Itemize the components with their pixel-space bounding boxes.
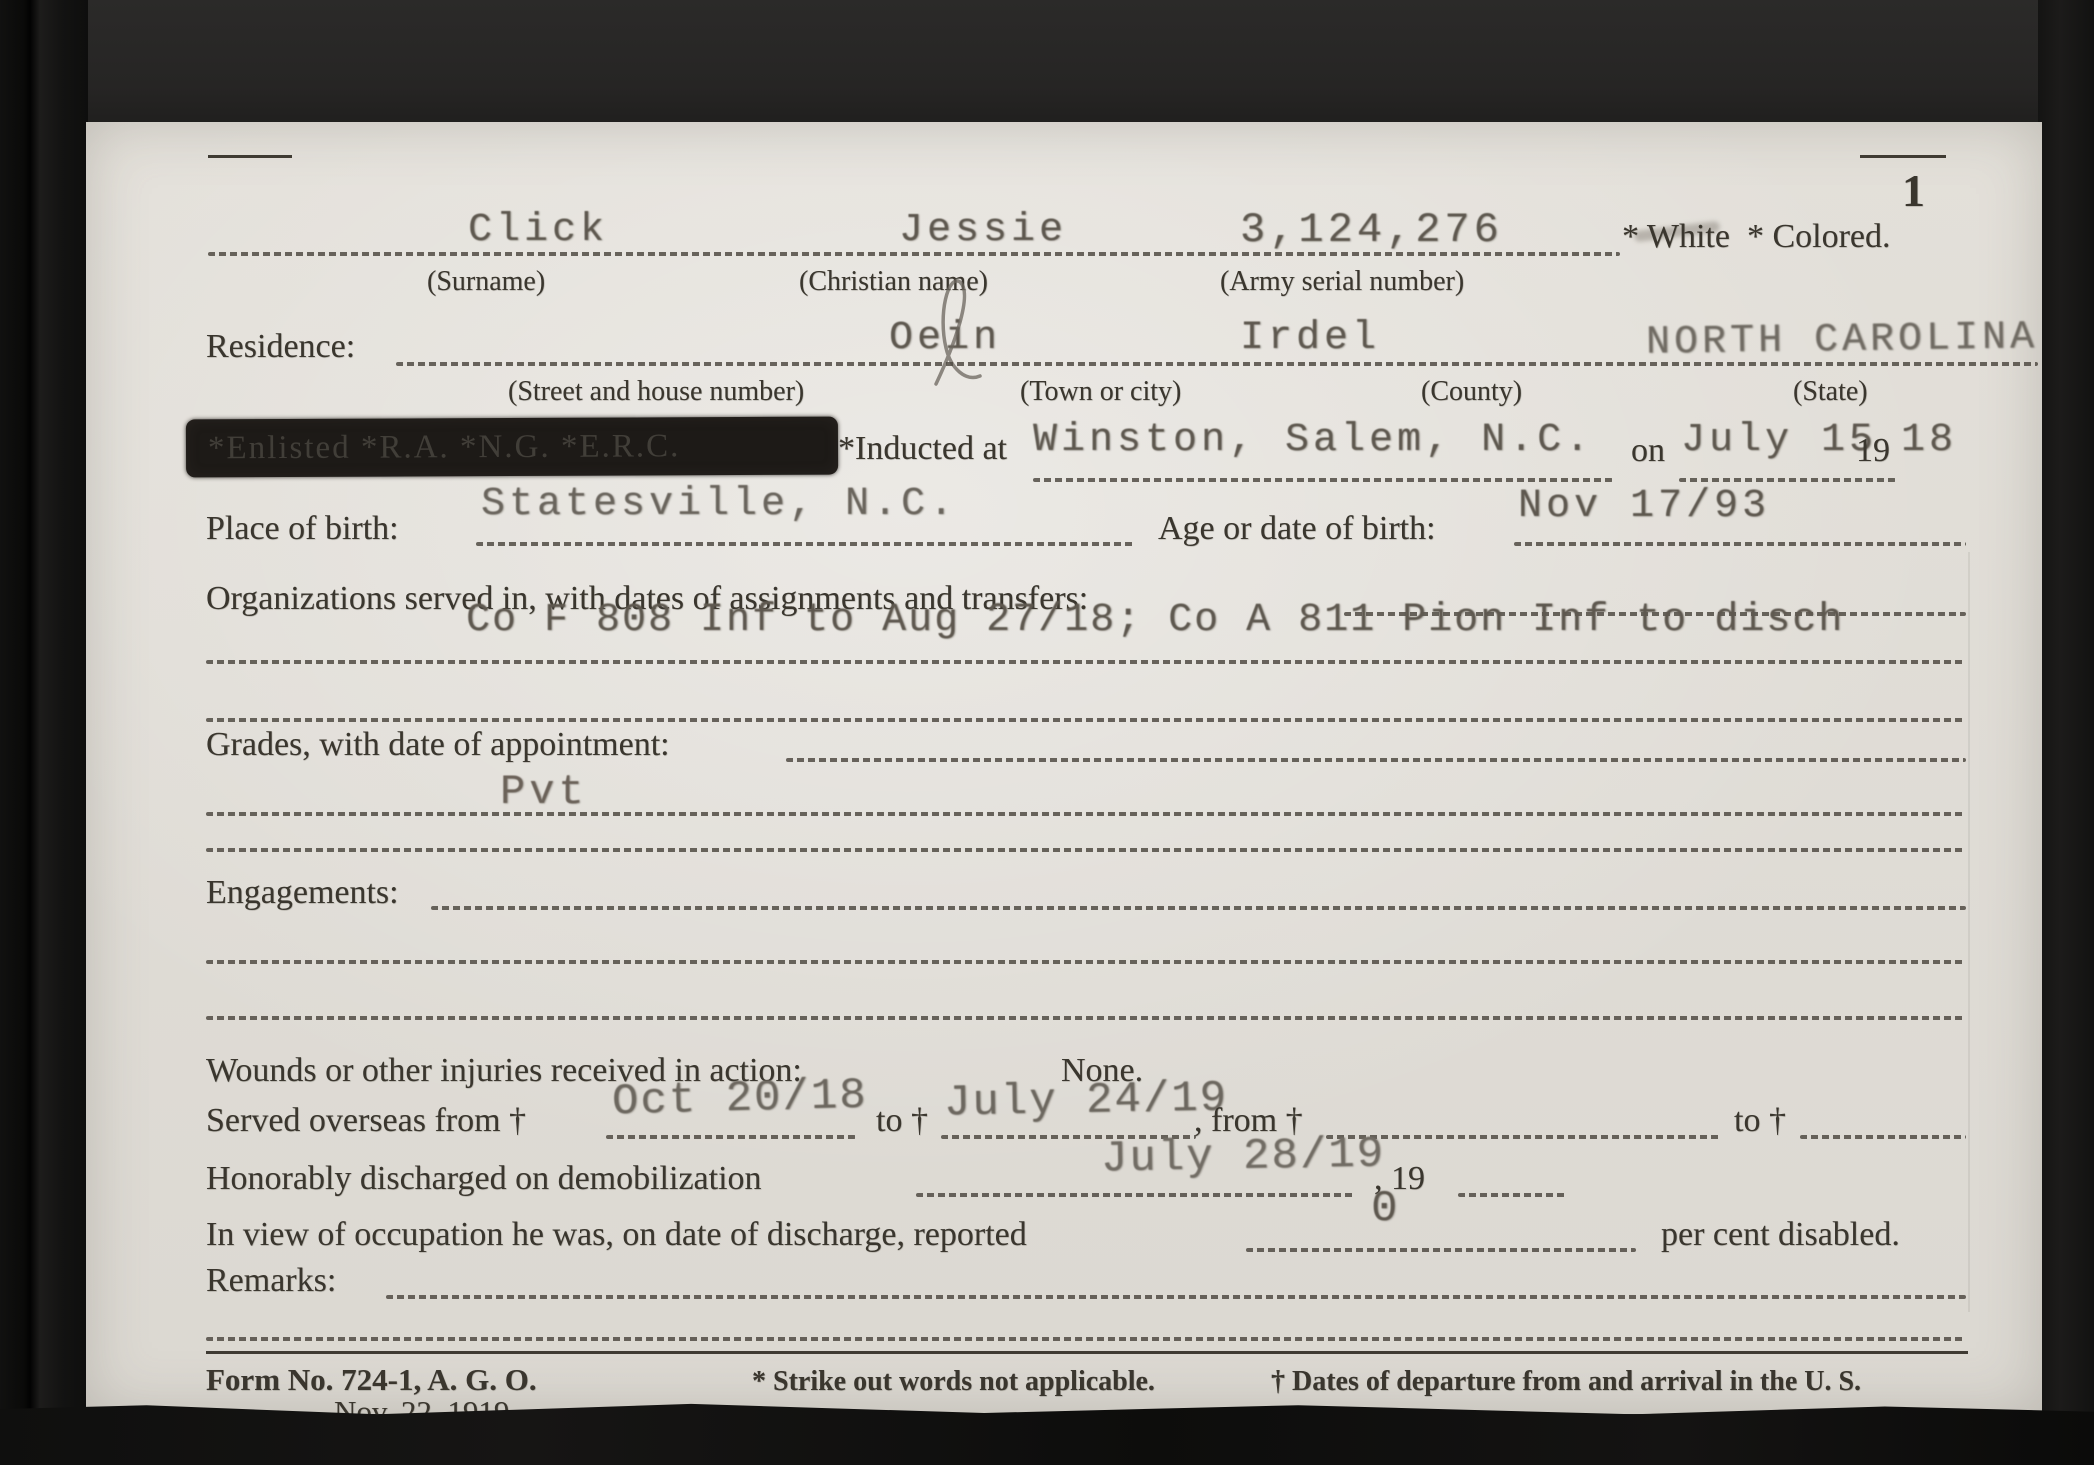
grades-value-rule — [206, 812, 1966, 816]
grades-label-rule — [786, 758, 1966, 762]
overseas-label: Served overseas from † — [206, 1102, 526, 1140]
header-dash-left — [208, 155, 292, 158]
grades-blank-rule — [206, 848, 1966, 852]
organizations-blank-rule — [206, 718, 1966, 722]
residence-county-value: Irdel — [1240, 316, 1380, 361]
remarks-rule — [386, 1295, 1966, 1299]
footnote-dagger: † Dates of departure from and arrival in… — [1271, 1366, 1861, 1398]
grades-label: Grades, with date of appointment: — [206, 726, 670, 764]
footer-solid-rule — [206, 1351, 1968, 1354]
serial-number-value: 3,124,276 — [1240, 206, 1503, 254]
year-prefix-print: 19 — [1856, 432, 1890, 470]
film-edge-left — [0, 0, 88, 1465]
overseas-date1-value: Oct 20/18 — [611, 1071, 868, 1128]
overseas-to1-label: to † — [876, 1102, 928, 1140]
induction-date-rule — [1679, 478, 1896, 482]
christian-name-value: Jessie — [899, 208, 1067, 253]
engagements-blank-rule-2 — [206, 1016, 1966, 1020]
discharge-date-value: July 28/19 — [1101, 1130, 1386, 1185]
inducted-at-label: *Inducted at — [838, 430, 1007, 468]
race-options: * White * Colored. — [1622, 218, 1891, 256]
serial-number-label: (Army serial number) — [1220, 266, 1464, 298]
remarks-label: Remarks: — [206, 1262, 336, 1300]
scan-border-right — [2038, 0, 2094, 1465]
birth-place-label: Place of birth: — [206, 510, 399, 548]
overseas-rule-1 — [606, 1135, 856, 1139]
disability-rule — [1246, 1248, 1636, 1252]
service-record-card: 1 Click Jessie 3,124,276 * White * Color… — [86, 122, 2042, 1414]
disability-suffix: per cent disabled. — [1661, 1216, 1900, 1254]
birth-date-value: Nov 17/93 — [1518, 484, 1770, 529]
residence-label: Residence: — [206, 328, 355, 366]
engagements-label-rule — [431, 906, 1966, 910]
disability-value: 0 — [1371, 1184, 1401, 1234]
discharge-year-rule — [1458, 1193, 1566, 1197]
inducted-place-value: Winston, Salem, N.C. — [1033, 418, 1593, 463]
handwritten-loop-mark — [922, 272, 992, 392]
induction-date-value: July 15 — [1681, 418, 1877, 463]
residence-state-value: NORTH CAROLINA — [1646, 315, 2039, 365]
surname-label: (Surname) — [427, 266, 545, 298]
birth-date-rule — [1514, 542, 1966, 546]
engagements-label: Engagements: — [206, 874, 399, 912]
organizations-value-rule — [206, 660, 1966, 664]
overseas-to2-label: to † — [1734, 1102, 1786, 1140]
organizations-value: Co F 808 Inf to Aug 27/18; Co A 811 Pion… — [466, 598, 1844, 643]
on-label: on — [1631, 432, 1665, 470]
overseas-rule-4 — [1800, 1135, 1966, 1139]
struck-enlistment-text: *Enlisted *R.A. *N.G. *E.R.C. — [208, 428, 681, 467]
grades-value: Pvt — [500, 768, 588, 816]
residence-rule — [396, 362, 2038, 366]
surname-value: Click — [468, 208, 608, 253]
birth-place-rule — [476, 542, 1136, 546]
form-number: Form No. 724-1, A. G. O. — [206, 1362, 537, 1398]
birth-date-label: Age or date of birth: — [1158, 510, 1436, 548]
overseas-rule-3 — [1326, 1135, 1721, 1139]
paper-crease — [1968, 552, 1970, 1312]
state-label: (State) — [1793, 376, 1868, 408]
footnote-strike: * Strike out words not applicable. — [752, 1366, 1155, 1398]
scan-border-top — [0, 0, 2094, 124]
discharge-label: Honorably discharged on demobilization — [206, 1160, 762, 1198]
page-number: 1 — [1902, 164, 1925, 217]
town-label: (Town or city) — [1020, 376, 1181, 408]
engagements-blank-rule-1 — [206, 960, 1966, 964]
redaction-bar: *Enlisted *R.A. *N.G. *E.R.C. — [186, 417, 838, 478]
year-typed-value: 18 — [1901, 418, 1957, 463]
page-number-overline — [1860, 155, 1946, 158]
discharge-rule — [916, 1193, 1356, 1197]
inducted-place-rule — [1033, 478, 1613, 482]
disability-label: In view of occupation he was, on date of… — [206, 1216, 1027, 1254]
birth-place-value: Statesville, N.C. — [481, 482, 957, 527]
county-label: (County) — [1421, 376, 1522, 408]
name-rule — [208, 252, 1620, 256]
overseas-date2-value: July 24/19 — [944, 1074, 1229, 1129]
footer-dashed-rule — [206, 1337, 1966, 1341]
street-label: (Street and house number) — [508, 376, 804, 408]
